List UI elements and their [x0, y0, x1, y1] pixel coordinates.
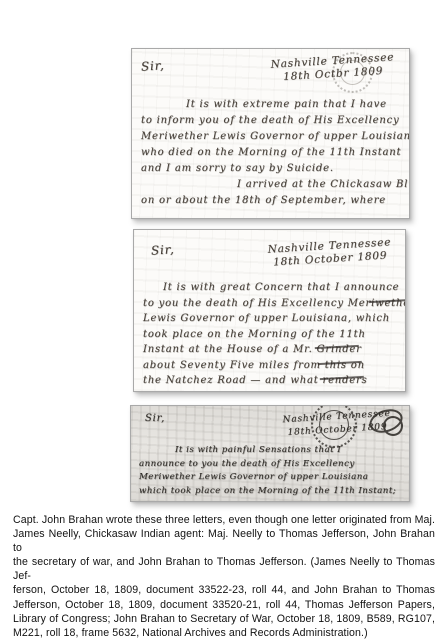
- handwriting-line: to inform you of the death of His Excell…: [141, 113, 405, 129]
- handwriting-line: Meriwether Lewis Governor of upper Louis…: [141, 129, 405, 145]
- handwriting-line: I arrived at the Chickasaw Bluffs: [141, 177, 405, 193]
- handwriting-line: Instant at the House of a Mr. Grinder: [143, 342, 401, 358]
- letter-scan-2: Sir, Nashville Tennessee 18th October 18…: [133, 229, 406, 392]
- letter-scan-3: Sir, Nashville Tennessee 18th October 18…: [130, 405, 410, 502]
- caption-line: Capt. John Brahan wrote these three lett…: [13, 513, 435, 527]
- handwriting-line: It is with great Concern that I announce: [143, 280, 401, 296]
- letter-body: It is with extreme pain that I have to i…: [141, 97, 405, 209]
- handwriting-line: on or about the 18th of September, where: [141, 193, 405, 209]
- handwriting-line: and I am sorry to say by Suicide.: [141, 161, 405, 177]
- handwriting-line: announce to you the death of His Excelle…: [139, 458, 405, 472]
- letter-body: It is with painful Sensations that I ann…: [139, 444, 405, 498]
- salutation: Sir,: [145, 413, 165, 424]
- caption-line: Library of Congress; John Brahan to Secr…: [13, 612, 435, 626]
- handwriting-line: about Seventy Five miles from this on: [143, 358, 401, 374]
- caption-line: Jefferson, October 18, 1809, document 33…: [13, 598, 435, 612]
- caption-line: James Neelly, Chickasaw Indian agent: Ma…: [13, 527, 435, 555]
- salutation: Sir,: [141, 58, 165, 74]
- handwriting-line: It is with extreme pain that I have: [141, 97, 405, 113]
- handwriting-line: Meriwether Lewis Governor of upper Louis…: [139, 471, 405, 485]
- handwriting-line: took place on the Morning of the 11th: [143, 327, 401, 343]
- handwriting-line: who died on the Morning of the 11th Inst…: [141, 145, 405, 161]
- book-page: Sir, Nashville Tennessee 18th Octbr 1809…: [0, 0, 441, 640]
- figure-caption: Capt. John Brahan wrote these three lett…: [13, 513, 435, 640]
- dateline: Nashville Tennessee 18th October 1809: [268, 236, 393, 270]
- handwriting-line: which took place on the Morning of the 1…: [139, 485, 405, 499]
- caption-line: ferson, October 18, 1809, document 33522…: [13, 583, 435, 597]
- letter-scan-1: Sir, Nashville Tennessee 18th Octbr 1809…: [131, 48, 410, 219]
- handwriting-line: the Natchez Road — and what renders: [143, 373, 401, 389]
- handwriting-line: It is with painful Sensations that I: [139, 444, 405, 458]
- dateline: Nashville Tennessee 18th Octbr 1809: [271, 51, 396, 85]
- caption-line: M221, roll 18, frame 5632, National Arch…: [13, 626, 435, 640]
- handwriting-line: Lewis Governor of upper Louisiana, which: [143, 311, 401, 327]
- salutation: Sir,: [151, 242, 175, 258]
- handwriting-line: to you the death of His Excellency Meriw…: [143, 296, 401, 312]
- caption-line: the secretary of war, and John Brahan to…: [13, 555, 435, 583]
- letter-body: It is with great Concern that I announce…: [143, 280, 401, 389]
